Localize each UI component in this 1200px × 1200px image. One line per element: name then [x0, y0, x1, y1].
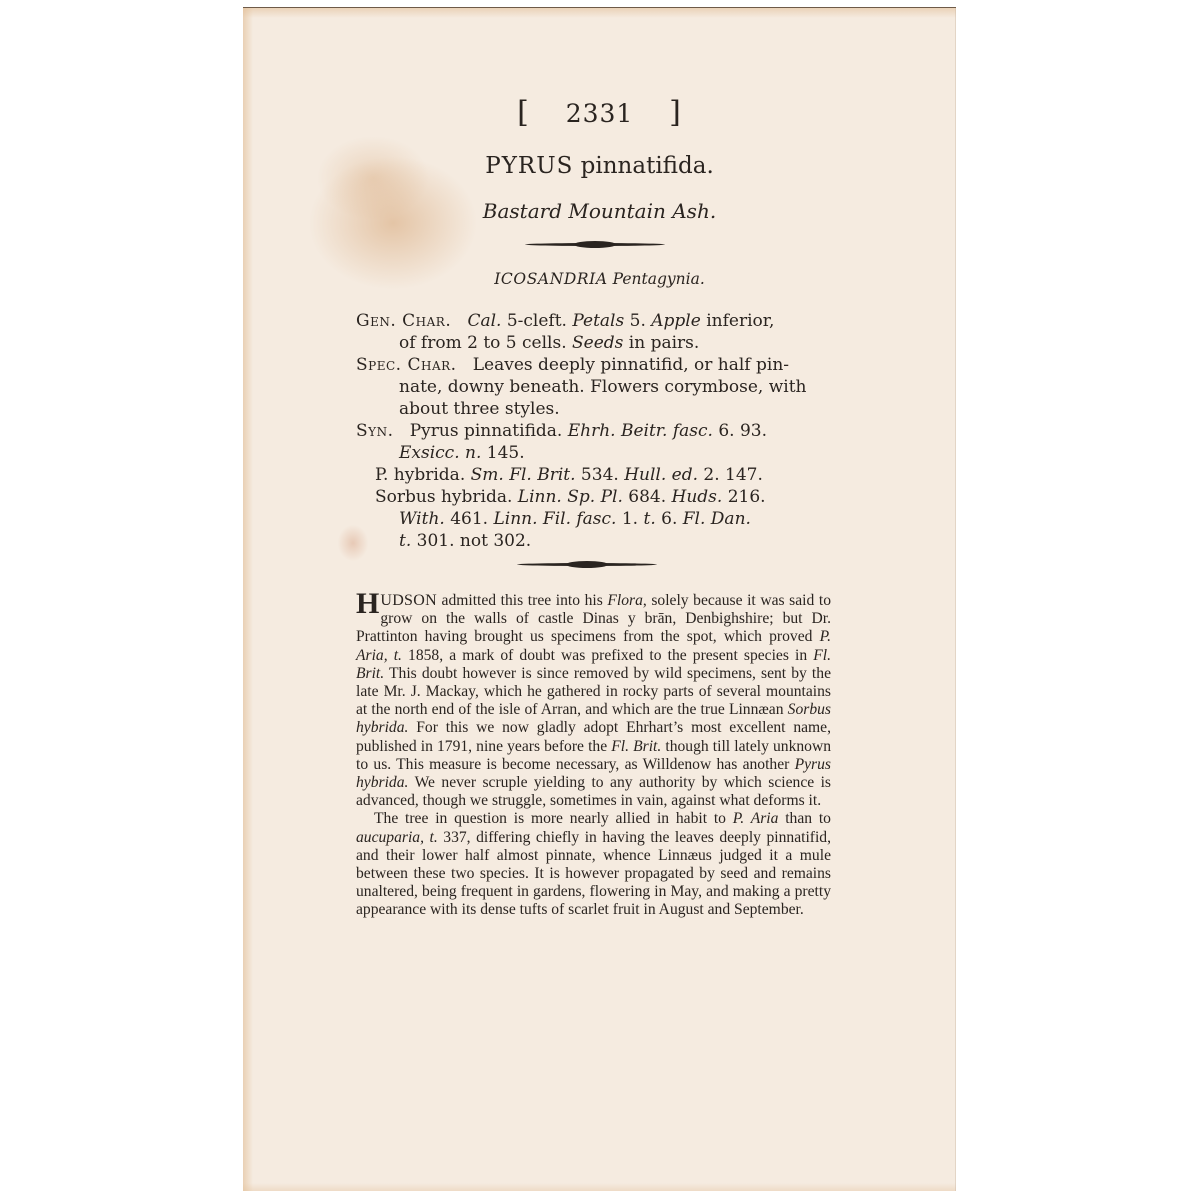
- italic-text: Linn. Fil. fasc.: [493, 509, 616, 529]
- small-caps-text: UDSON: [380, 592, 437, 609]
- spec-char-line3: about three styles.: [399, 399, 560, 419]
- specific-character-cont: about three styles.: [356, 398, 831, 420]
- common-name: Bastard Mountain Ash.: [243, 199, 956, 223]
- text-run: 2. 147.: [698, 465, 763, 485]
- plate-number: [ 2331 ]: [243, 95, 956, 130]
- specific-character: Spec. Char. Leaves deeply pinnatifid, or…: [356, 354, 831, 376]
- text-run: in pairs.: [623, 333, 699, 353]
- linnaean-classification: ICOSANDRIA Pentagynia.: [243, 270, 956, 288]
- text-run: admitted this tree into his: [437, 592, 607, 609]
- syn-line5: With. 461. Linn. Fil. fasc. 1. t. 6. Fl.…: [399, 509, 751, 529]
- text-run: inferior,: [701, 311, 775, 331]
- italic-text: Cal.: [467, 311, 501, 331]
- text-run: 1.: [616, 509, 643, 529]
- text-run: 1858, a mark of doubt was prefixed to th…: [402, 647, 813, 664]
- synonymy-cont: Exsicc. n. 145.: [356, 442, 831, 464]
- text-run: than to: [778, 810, 831, 827]
- bracket-close: ]: [669, 95, 682, 130]
- syn-line6: t. 301. not 302.: [399, 531, 531, 551]
- syn-line3: P. hybrida. Sm. Fl. Brit. 534. Hull. ed.…: [375, 465, 763, 485]
- italic-text: Exsicc. n.: [399, 443, 481, 463]
- drop-cap: H: [356, 594, 379, 614]
- italic-text: Linn. Sp. Pl.: [518, 487, 623, 507]
- gen-char-label: Gen. Char.: [356, 311, 451, 331]
- spec-char-line2: nate, downy beneath. Flowers corymbose, …: [399, 377, 807, 397]
- italic-text: Apple: [651, 311, 701, 331]
- bracket-open: [: [517, 95, 530, 130]
- italic-text: Huds.: [672, 487, 723, 507]
- spec-char-label: Spec. Char.: [356, 355, 457, 375]
- gen-char-line2: of from 2 to 5 cells. Seeds in pairs.: [399, 333, 699, 353]
- genus-name: PYRUS: [485, 153, 573, 179]
- synonymy-cont: With. 461. Linn. Fil. fasc. 1. t. 6. Fl.…: [356, 508, 831, 530]
- italic-text: Sm. Fl. Brit.: [471, 465, 576, 485]
- species-epithet: pinnatifida.: [581, 153, 714, 179]
- italic-text: Hull. ed.: [624, 465, 698, 485]
- text-run: This doubt however is since removed by w…: [356, 665, 831, 718]
- text-run: 684.: [623, 487, 672, 507]
- paragraph-2: The tree in question is more nearly alli…: [356, 810, 831, 919]
- italic-text: P. Aria: [733, 810, 779, 827]
- italic-text: Flora: [607, 592, 643, 609]
- text-run: We never scruple yielding to any authori…: [356, 774, 831, 809]
- text-run: 5.: [624, 311, 651, 331]
- text-run: 534.: [576, 465, 625, 485]
- text-run: 216.: [722, 487, 765, 507]
- ornamental-divider: [525, 243, 665, 246]
- generic-character-cont: of from 2 to 5 cells. Seeds in pairs.: [356, 332, 831, 354]
- botanical-characters: Gen. Char. Cal. 5-cleft. Petals 5. Apple…: [356, 310, 831, 552]
- syn-line1: Pyrus pinnatifida. Ehrh. Beitr. fasc. 6.…: [410, 421, 767, 441]
- synonymy-cont: t. 301. not 302.: [356, 530, 831, 552]
- italic-text: Ehrh. Beitr. fasc.: [568, 421, 713, 441]
- syn-line4: Sorbus hybrida. Linn. Sp. Pl. 684. Huds.…: [375, 487, 766, 507]
- text-run: P. hybrida.: [375, 465, 471, 485]
- species-title: PYRUS pinnatifida.: [243, 153, 956, 179]
- text-run: Pyrus pinnatifida.: [410, 421, 568, 441]
- italic-text: t.: [399, 531, 411, 551]
- plate-number-value: 2331: [566, 99, 634, 128]
- descriptive-text: HUDSON admitted this tree into his Flora…: [356, 592, 831, 920]
- text-run: 145.: [481, 443, 524, 463]
- synonymy-cont: Sorbus hybrida. Linn. Sp. Pl. 684. Huds.…: [356, 486, 831, 508]
- ornamental-divider: [517, 563, 657, 566]
- text-run: 301. not 302.: [411, 531, 531, 551]
- italic-text: Fl. Dan.: [683, 509, 751, 529]
- synonymy: Syn. Pyrus pinnatifida. Ehrh. Beitr. fas…: [356, 420, 831, 442]
- paragraph-1: HUDSON admitted this tree into his Flora…: [356, 592, 831, 810]
- italic-text: aucuparia, t.: [356, 829, 438, 846]
- syn-line2: Exsicc. n. 145.: [399, 443, 525, 463]
- book-page: [ 2331 ] PYRUS pinnatifida. Bastard Moun…: [243, 7, 956, 1191]
- italic-text: Seeds: [572, 333, 623, 353]
- text-run: 5-cleft.: [501, 311, 572, 331]
- text-run: of from 2 to 5 cells.: [399, 333, 572, 353]
- text-run: The tree in question is more nearly alli…: [374, 810, 733, 827]
- italic-text: t.: [643, 509, 655, 529]
- order-name: Pentagynia.: [613, 270, 705, 288]
- class-name: ICOSANDRIA: [494, 270, 607, 288]
- text-run: 6.: [656, 509, 683, 529]
- text-run: 461.: [445, 509, 494, 529]
- text-run: 6. 93.: [713, 421, 767, 441]
- italic-text: Fl. Brit.: [611, 738, 661, 755]
- gen-char-line1: Cal. 5-cleft. Petals 5. Apple inferior,: [467, 311, 774, 331]
- specific-character-cont: nate, downy beneath. Flowers corymbose, …: [356, 376, 831, 398]
- italic-text: Petals: [572, 311, 624, 331]
- generic-character: Gen. Char. Cal. 5-cleft. Petals 5. Apple…: [356, 310, 831, 332]
- text-run: Sorbus hybrida.: [375, 487, 518, 507]
- syn-label: Syn.: [356, 421, 393, 441]
- spec-char-line1: Leaves deeply pinnatifid, or half pin-: [473, 355, 789, 375]
- italic-text: With.: [399, 509, 445, 529]
- synonymy-cont: P. hybrida. Sm. Fl. Brit. 534. Hull. ed.…: [356, 464, 831, 486]
